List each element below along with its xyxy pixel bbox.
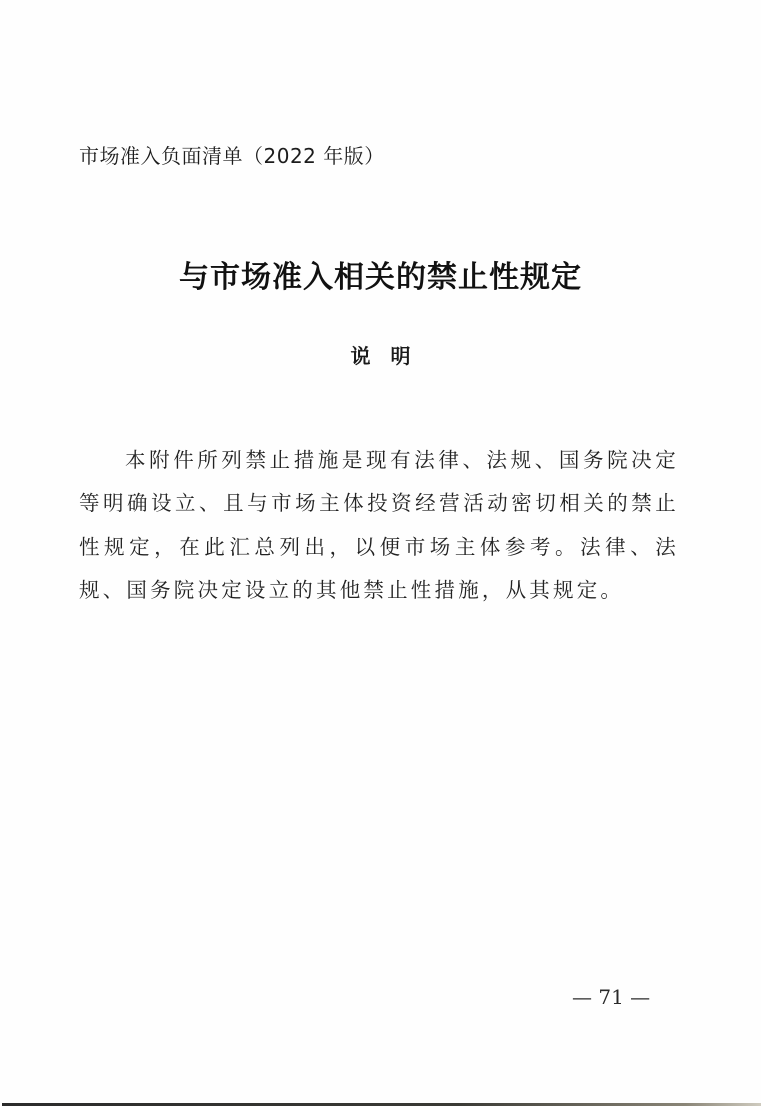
section-title: 说 明 [0, 340, 761, 369]
document-header-label: 市场准入负面清单（2022 年版） [79, 140, 385, 169]
document-title: 与市场准入相关的禁止性规定 [0, 252, 761, 296]
body-paragraph: 本附件所列禁止措施是现有法律、法规、国务院决定等明确设立、且与市场主体投资经营活… [79, 439, 679, 613]
page-number: — 71 — [572, 985, 650, 1009]
document-page: 市场准入负面清单（2022 年版） 与市场准入相关的禁止性规定 说 明 本附件所… [0, 0, 761, 1106]
